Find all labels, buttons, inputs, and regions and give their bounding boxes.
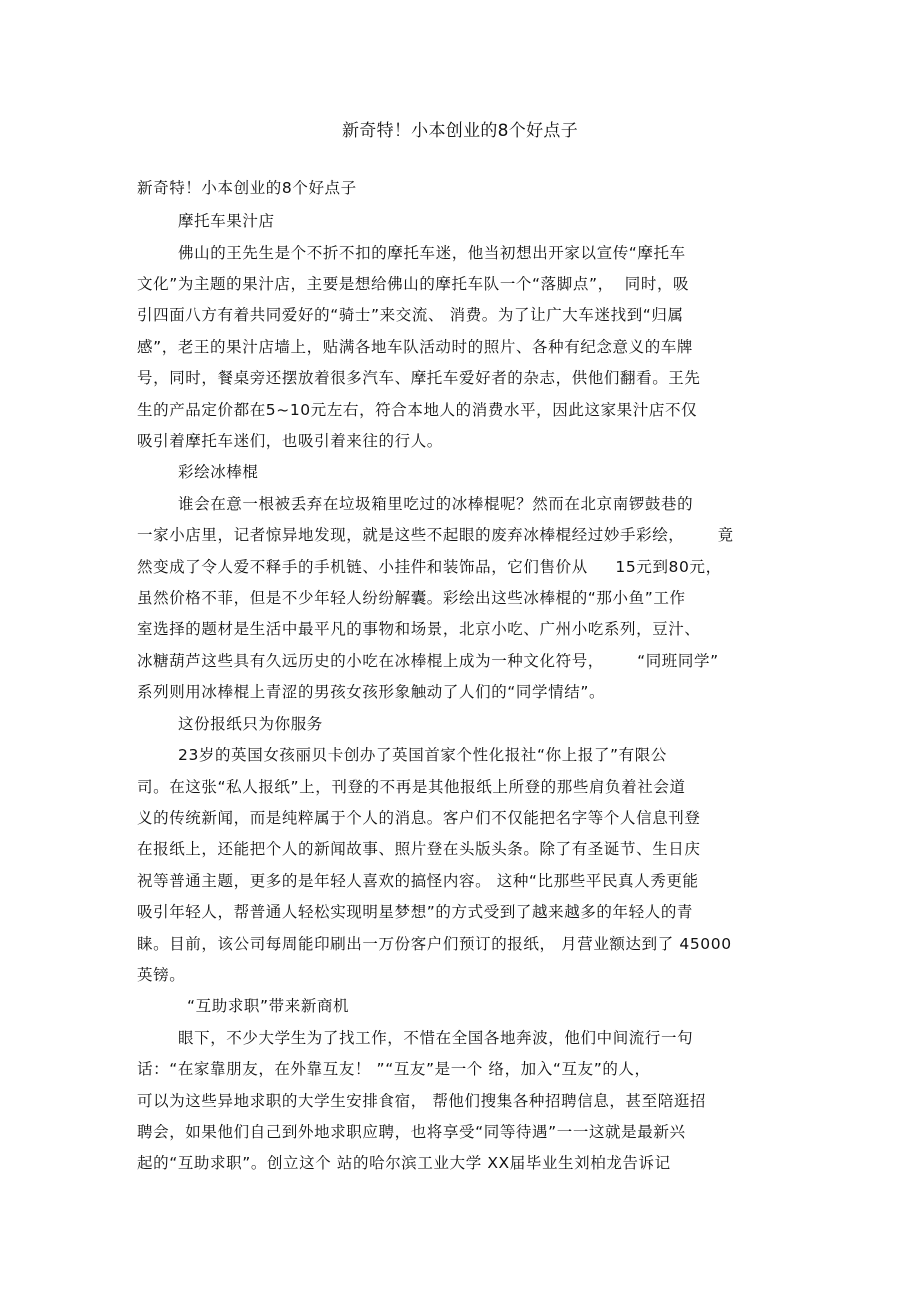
text-line: 祝等普通主题，更多的是年轻人喜欢的搞怪内容。 这种“比那些平民真人秀更能: [137, 871, 699, 891]
text-line: 睐。目前，该公司每周能印刷出一万份客户们预订的报纸， 月营业额达到了 45000: [137, 934, 732, 954]
text-line: 谁会在意一根被丢弃在垃圾箱里吃过的冰棒棍呢？然而在北京南锣鼓巷的: [178, 494, 693, 514]
text-line: 冰糖葫芦这些具有久远历史的小吃在冰棒棍上成为一种文化符号， “同班同学”: [137, 651, 719, 671]
text-line: 眼下，不少大学生为了找工作，不惜在全国各地奔波，他们中间流行一句: [178, 1028, 693, 1048]
document-page: 新奇特！小本创业的8个好点子 新奇特！小本创业的8个好点子摩托车果汁店佛山的王先…: [0, 0, 920, 1303]
text-line: 文化”为主题的果汁店，主要是想给佛山的摩托车队一个“落脚点”， 同时，吸: [137, 274, 689, 294]
section-heading: “互助求职”带来新商机: [187, 996, 349, 1016]
text-line: 话：“在家靠朋友，在外靠互友！ ”“互友”是一个 络，加入“互友”的人，: [137, 1059, 651, 1079]
text-line: 佛山的王先生是个不折不扣的摩托车迷，他当初想出开家以宣传“摩托车: [178, 243, 686, 263]
section-heading: 彩绘冰棒棍: [178, 462, 259, 482]
text-line: 司。在这张“私人报纸”上，刊登的不再是其他报纸上所登的那些肩负着社会道: [137, 777, 686, 797]
text-line: 引四面八方有着共同爱好的“骑士”来交流、 消费。为了让广大车迷找到“归属: [137, 305, 684, 325]
text-line: 感”，老王的果汁店墙上，贴满各地车队活动时的照片、各种有纪念意义的车牌: [137, 337, 693, 357]
text-line: 一家小店里，记者惊异地发现，就是这些不起眼的废弃冰棒棍经过妙手彩绘， 竟: [137, 525, 734, 545]
text-line: 虽然价格不菲，但是不少年轻人纷纷解囊。彩绘出这些冰棒棍的“那小鱼”工作: [137, 588, 686, 608]
section-heading: 摩托车果汁店: [178, 211, 275, 231]
text-line: 起的“互助求职”。创立这个 站的哈尔滨工业大学 XX届毕业生刘柏龙告诉记: [137, 1153, 671, 1173]
text-line: 在报纸上，还能把个人的新闻故事、照片登在头版头条。除了有圣诞节、生日庆: [137, 839, 701, 859]
text-line: 吸引年轻人，帮普通人轻松实现明星梦想”的方式受到了越来越多的年轻人的青: [137, 902, 693, 922]
text-line: 然变成了令人爱不释手的手机链、小挂件和装饰品，它们售价从 15元到80元，: [137, 557, 722, 577]
text-line: 系列则用冰棒棍上青涩的男孩女孩形象触动了人们的“同学情结”。: [137, 682, 605, 702]
page-title: 新奇特！小本创业的8个好点子: [0, 116, 920, 141]
section-heading: 这份报纸只为你服务: [178, 714, 323, 734]
text-line: 号，同时，餐桌旁还摆放着很多汽车、摩托车爱好者的杂志，供他们翻看。王先: [137, 368, 701, 388]
text-line: 可以为这些异地求职的大学生安排食宿， 帮他们搜集各种招聘信息，甚至陪逛招: [137, 1091, 706, 1111]
document-subtitle: 新奇特！小本创业的8个好点子: [137, 178, 357, 198]
text-line: 生的产品定价都在5~10元左右，符合本地人的消费水平，因此这家果汁店不仅: [137, 400, 697, 420]
text-line: 英镑。: [137, 965, 185, 985]
text-line: 吸引着摩托车迷们，也吸引着来往的行人。: [137, 431, 443, 451]
text-line: 义的传统新闻，而是纯粹属于个人的消息。客户们不仅能把名字等个人信息刊登: [137, 808, 701, 828]
text-line: 聘会，如果他们自己到外地求职应聘，也将享受“同等待遇”一一这就是最新兴: [137, 1122, 686, 1142]
text-line: 室选择的题材是生活中最平凡的事物和场景，北京小吃、广州小吃系列，豆汁、: [137, 619, 701, 639]
text-line: 23岁的英国女孩丽贝卡创办了英国首家个性化报社“你上报了”有限公: [178, 745, 667, 765]
